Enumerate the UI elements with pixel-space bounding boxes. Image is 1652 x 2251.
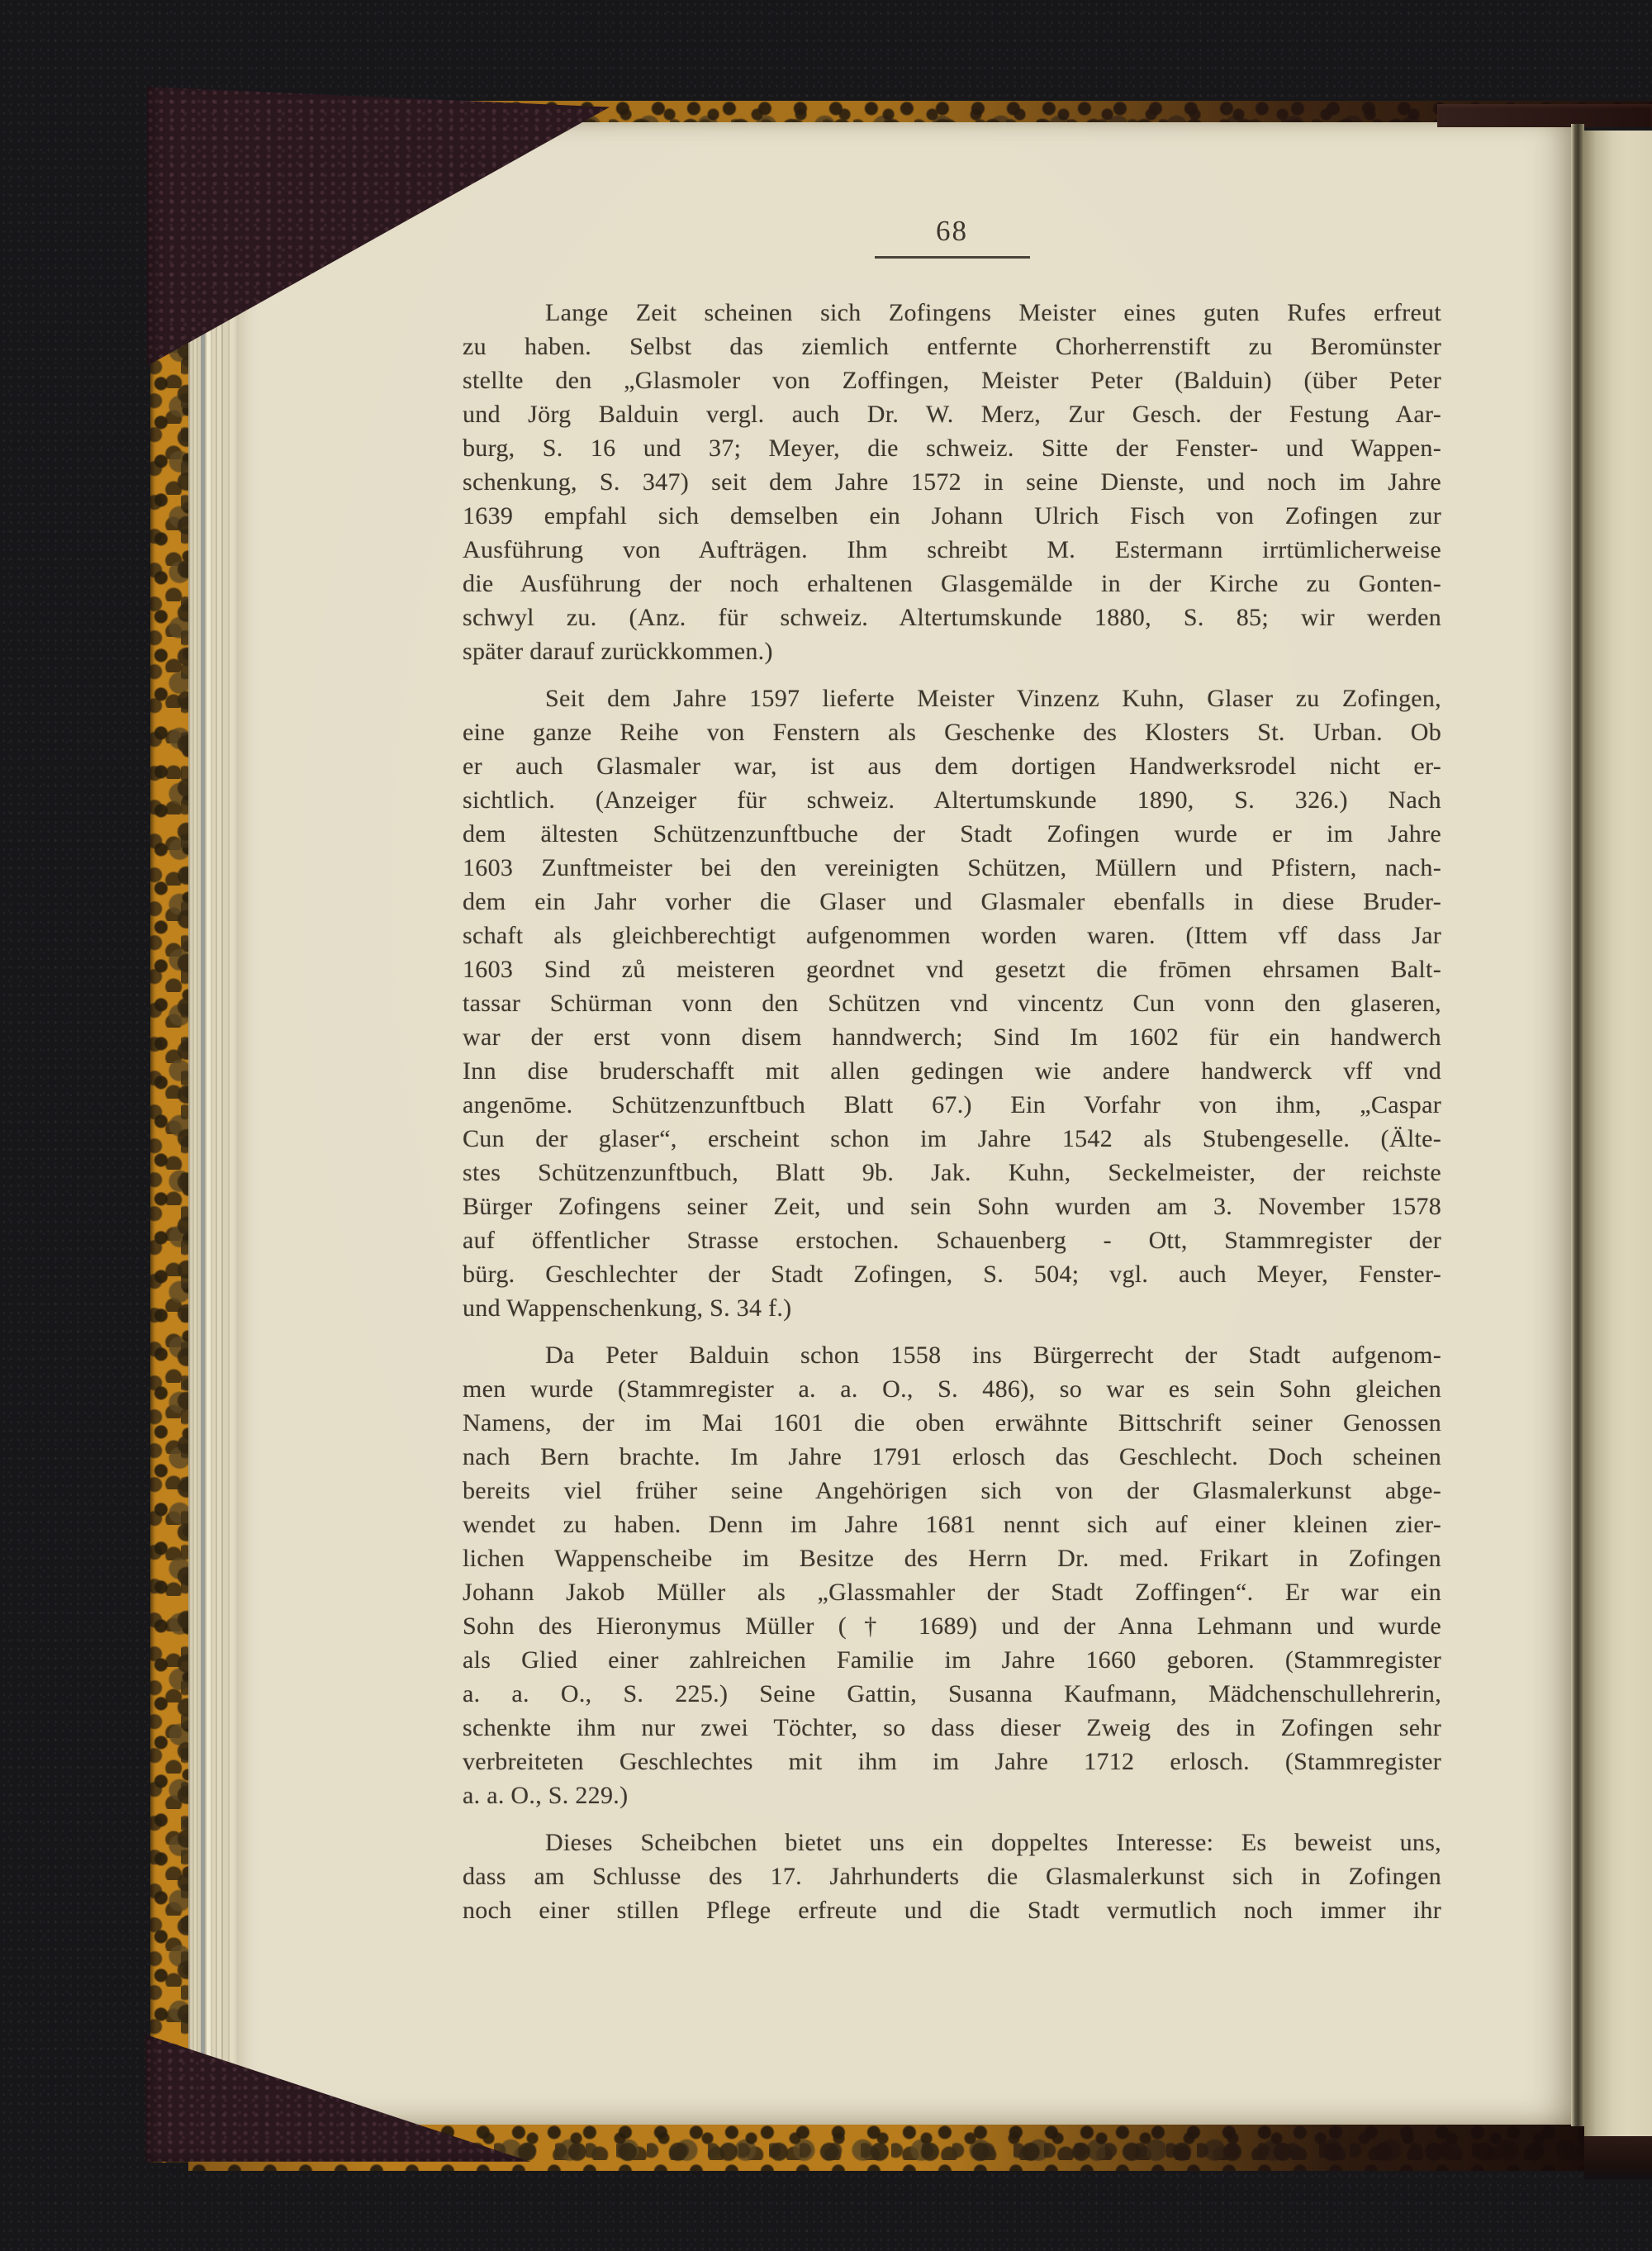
text-line: später darauf zurückkommen.)	[463, 634, 1441, 668]
gutter-shadow	[1571, 124, 1584, 2126]
text-line: und Jörg Balduin vergl. auch Dr. W. Merz…	[463, 397, 1441, 431]
text-line: die Ausführung der noch erhaltenen Glasg…	[463, 567, 1441, 601]
folio-block: 68	[463, 215, 1441, 259]
page-text: Lange Zeit scheinen sich Zofingens Meist…	[463, 296, 1441, 1940]
text-line: Namens, der im Mai 1601 die oben erwähnt…	[463, 1406, 1441, 1440]
text-line: dass am Schlusse des 17. Jahrhunderts di…	[463, 1859, 1441, 1893]
text-line: 1603 Sind zů meisteren geordnet vnd gese…	[463, 952, 1441, 986]
text-line: wendet zu haben. Denn im Jahre 1681 nenn…	[463, 1508, 1441, 1541]
folio-rule	[875, 256, 1030, 259]
paragraph: Da Peter Balduin schon 1558 ins Bürgerre…	[463, 1338, 1441, 1812]
text-line: schenkung, S. 347) seit dem Jahre 1572 i…	[463, 465, 1441, 499]
text-line: a. a. O., S. 229.)	[463, 1778, 1441, 1812]
text-line: auf öffentlicher Strasse erstochen. Scha…	[463, 1223, 1441, 1257]
text-line: dem ältesten Schützenzunftbuche der Stad…	[463, 817, 1441, 851]
paragraph: Lange Zeit scheinen sich Zofingens Meist…	[463, 296, 1441, 668]
text-line: lichen Wappenscheibe im Besitze des Herr…	[463, 1541, 1441, 1575]
book-page: 68 Lange Zeit scheinen sich Zofingens Me…	[237, 122, 1571, 2125]
page-stack-edges	[188, 116, 237, 2111]
text-line: Inn dise bruderschafft mit allen gedinge…	[463, 1054, 1441, 1088]
text-line: 1603 Zunftmeister bei den vereinigten Sc…	[463, 851, 1441, 885]
text-line: noch einer stillen Pflege erfreute und d…	[463, 1893, 1441, 1927]
spine-headcap	[1437, 104, 1652, 127]
text-line: nach Bern brachte. Im Jahre 1791 erlosch…	[463, 1440, 1441, 1474]
text-line: sichtlich. (Anzeiger für schweiz. Altert…	[463, 783, 1441, 817]
text-line: Lange Zeit scheinen sich Zofingens Meist…	[463, 296, 1441, 330]
text-line: als Glied einer zahlreichen Familie im J…	[463, 1643, 1441, 1677]
text-line: Ausführung von Aufträgen. Ihm schreibt M…	[463, 533, 1441, 567]
text-line: Sohn des Hieronymus Müller († 1689) und …	[463, 1609, 1441, 1643]
text-line: stes Schützenzunftbuch, Blatt 9b. Jak. K…	[463, 1156, 1441, 1190]
facing-page-foot-shadow	[1584, 2136, 1652, 2179]
text-line: Da Peter Balduin schon 1558 ins Bürgerre…	[463, 1338, 1441, 1372]
text-line: Johann Jakob Müller als „Glassmahler der…	[463, 1575, 1441, 1609]
text-line: zu haben. Selbst das ziemlich entfernte …	[463, 330, 1441, 363]
text-line: bürg. Geschlechter der Stadt Zofingen, S…	[463, 1257, 1441, 1291]
text-line: dem ein Jahr vorher die Glaser und Glasm…	[463, 885, 1441, 919]
text-line: schaft als gleichberechtigt aufgenommen …	[463, 919, 1441, 952]
text-line: a. a. O., S. 225.) Seine Gattin, Susanna…	[463, 1677, 1441, 1711]
text-line: er auch Glasmaler war, ist aus dem dorti…	[463, 749, 1441, 783]
text-line: Bürger Zofingens seiner Zeit, und sein S…	[463, 1190, 1441, 1223]
text-line: eine ganze Reihe von Fenstern als Gesche…	[463, 715, 1441, 749]
text-line: tassar Schürman vonn den Schützen vnd vi…	[463, 986, 1441, 1020]
text-line: Seit dem Jahre 1597 lieferte Meister Vin…	[463, 681, 1441, 715]
text-line: stellte den „Glasmoler von Zoffingen, Me…	[463, 363, 1441, 397]
text-line: schwyl zu. (Anz. für schweiz. Altertumsk…	[463, 601, 1441, 634]
text-line: Dieses Scheibchen bietet uns ein doppelt…	[463, 1826, 1441, 1859]
marbled-board-edge	[150, 104, 188, 2163]
paragraph: Seit dem Jahre 1597 lieferte Meister Vin…	[463, 681, 1441, 1325]
text-line: und Wappenschenkung, S. 34 f.)	[463, 1291, 1441, 1325]
text-line: war der erst vonn disem hanndwerch; Sind…	[463, 1020, 1441, 1054]
paragraph: Dieses Scheibchen bietet uns ein doppelt…	[463, 1826, 1441, 1927]
text-line: schenkte ihm nur zwei Töchter, so dass d…	[463, 1711, 1441, 1745]
text-line: verbreiteten Geschlechtes mit ihm im Jah…	[463, 1745, 1441, 1778]
facing-page-sliver	[1584, 131, 1652, 2136]
photo-background: 68 Lange Zeit scheinen sich Zofingens Me…	[0, 0, 1652, 2251]
text-line: bereits viel früher seine Angehörigen si…	[463, 1474, 1441, 1508]
page-number: 68	[463, 215, 1441, 248]
text-line: burg, S. 16 und 37; Meyer, die schweiz. …	[463, 431, 1441, 465]
text-line: 1639 empfahl sich demselben ein Johann U…	[463, 499, 1441, 533]
text-line: angenōme. Schützenzunftbuch Blatt 67.) E…	[463, 1088, 1441, 1122]
text-line: men wurde (Stammregister a. a. O., S. 48…	[463, 1372, 1441, 1406]
text-line: Cun der glaser“, erscheint schon im Jahr…	[463, 1122, 1441, 1156]
